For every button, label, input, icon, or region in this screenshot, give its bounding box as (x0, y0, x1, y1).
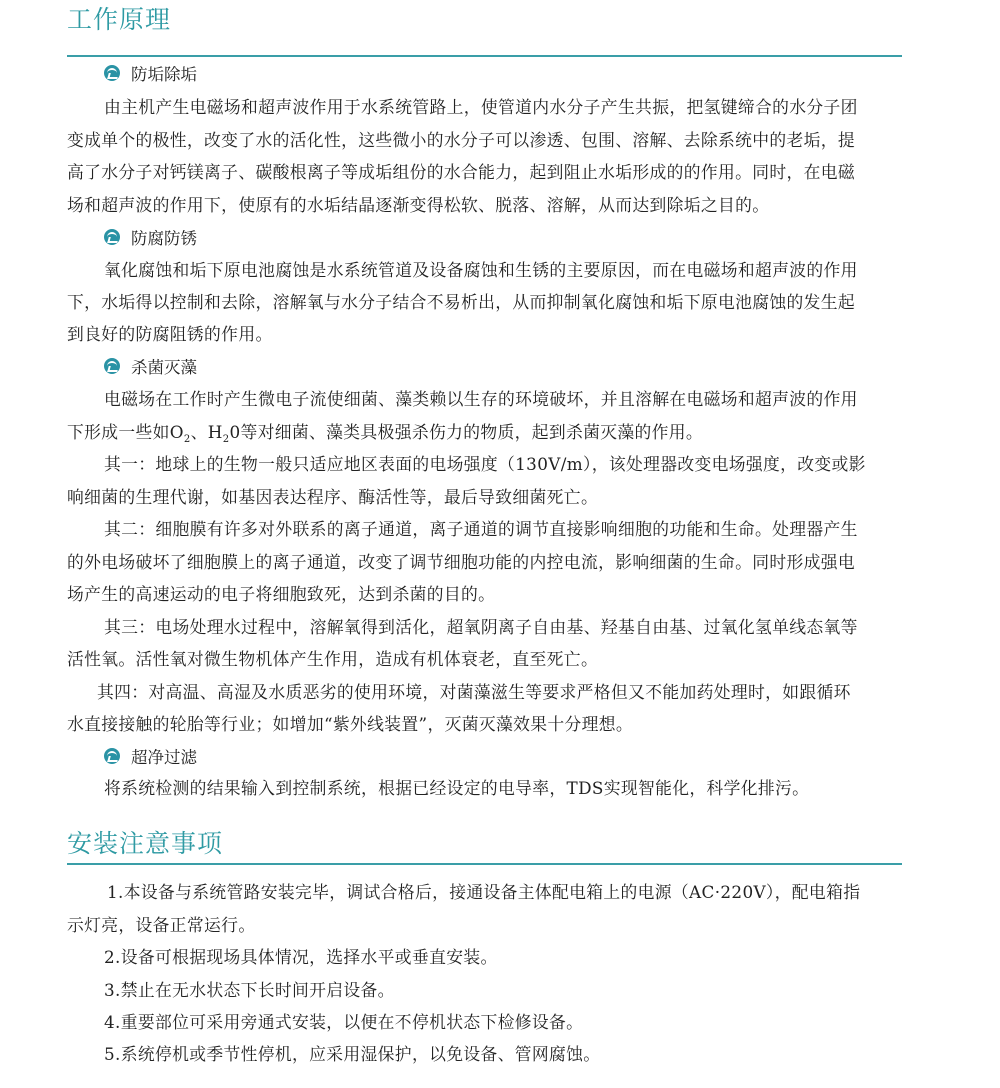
paragraph-line: 由主机产生电磁场和超声波作用于水系统管路上，使管道内水分子产生共振，把氢键缔合的… (67, 94, 964, 120)
chem-prefix: 下形成一些如O (67, 422, 184, 442)
paragraph-line-chemical: 下形成一些如O2、H20等对细菌、藻类具极强杀伤力的物质，起到杀菌灭藻的作用。 (67, 419, 927, 453)
paragraph-line: 将系统检测的结果输入到控制系统，根据已经设定的电导率，TDS实现智能化，科学化排… (67, 775, 964, 801)
paragraph-line: 响细菌的生理代谢，如基因表达程序、酶活性等，最后导致细菌死亡。 (67, 484, 927, 510)
list-item: 4.重要部位可采用旁通式安装，以便在不停机状态下检修设备。 (67, 1009, 964, 1035)
list-item: 2.设备可根据现场具体情况，选择水平或垂直安装。 (67, 944, 964, 970)
chem-subscript: 2 (184, 434, 191, 445)
paragraph-line: 水直接接触的轮胎等行业；如增加“紫外线装置”，灭菌灭藻效果十分理想。 (67, 711, 927, 737)
teal-circle-logo-icon (104, 65, 120, 81)
section-divider (67, 55, 902, 57)
paragraph-line: 其四：对高温、高湿及水质恶劣的使用环境，对菌藻滋生等要求严格但又不能加药处理时，… (67, 679, 957, 705)
subheading-descaling: 防垢除垢 (104, 60, 197, 86)
section-divider (67, 863, 902, 865)
paragraph-line: 其一：地球上的生物一般只适应地区表面的电场强度（130V/m），该处理器改变电场… (67, 451, 964, 477)
paragraph-line: 下，水垢得以控制和去除，溶解氧与水分子结合不易析出，从而抑制氧化腐蚀和垢下原电池… (67, 289, 927, 315)
paragraph-line: 变成单个的极性，改变了水的活化性，这些微小的水分子可以渗透、包围、溶解、去除系统… (67, 127, 927, 153)
paragraph-line: 的外电场破坏了细胞膜上的离子通道，改变了调节细胞功能的内控电流，影响细菌的生命。… (67, 549, 927, 575)
subheading-label: 超净过滤 (131, 744, 197, 768)
paragraph-line: 到良好的防腐阻锈的作用。 (67, 321, 927, 347)
paragraph-line: 活性氧。活性氧对微生物机体产生作用，造成有机体衰老，直至死亡。 (67, 646, 927, 672)
paragraph-line: 高了水分子对钙镁离子、碳酸根离子等成垢组份的水合能力，起到阻止水垢形成的的作用。… (67, 159, 927, 185)
list-item-continuation: 示灯亮，设备正常运行。 (67, 912, 927, 938)
subheading-label: 防腐防锈 (131, 225, 197, 249)
paragraph-line: 场产生的高速运动的电子将细胞致死，达到杀菌的目的。 (67, 581, 927, 607)
chem-after: 0等 (229, 422, 257, 442)
paragraph-line: 氧化腐蚀和垢下原电池腐蚀是水系统管道及设备腐蚀和生锈的主要原因，而在电磁场和超声… (67, 257, 964, 283)
subheading-label: 防垢除垢 (131, 61, 197, 85)
teal-circle-logo-icon (104, 748, 120, 764)
subheading-label: 杀菌灭藻 (131, 354, 197, 378)
paragraph-line: 其三：电场处理水过程中，溶解氧得到活化，超氧阴离子自由基、羟基自由基、过氧化氢单… (67, 614, 964, 640)
list-item: 1.本设备与系统管路安装完毕，调试合格后，接通设备主体配电箱上的电源（AC·22… (67, 879, 967, 905)
chem-mid: 、H (191, 422, 223, 442)
subheading-anticorrosion: 防腐防锈 (104, 224, 197, 250)
paragraph-line: 场和超声波的作用下，使原有的水垢结晶逐渐变得松软、脱落、溶解，从而达到除垢之目的… (67, 192, 927, 218)
section-title-working-principle: 工作原理 (67, 5, 171, 35)
list-item: 3.禁止在无水状态下长时间开启设备。 (67, 977, 964, 1003)
section-title-installation-notes: 安装注意事项 (67, 829, 223, 859)
paragraph-line: 电磁场在工作时产生微电子流使细菌、藻类赖以生存的环境破坏，并且溶解在电磁场和超声… (67, 386, 964, 412)
teal-circle-logo-icon (104, 229, 120, 245)
subheading-ultra-filtration: 超净过滤 (104, 743, 197, 769)
list-item: 5.系统停机或季节性停机，应采用湿保护，以免设备、管网腐蚀。 (67, 1041, 964, 1067)
subheading-sterilization: 杀菌灭藻 (104, 353, 197, 379)
paragraph-line: 其二：细胞膜有许多对外联系的离子通道，离子通道的调节直接影响细胞的功能和生命。处… (67, 516, 964, 542)
teal-circle-logo-icon (104, 358, 120, 374)
chem-rest: 对细菌、藻类具极强杀伤力的物质，起到杀菌灭藻的作用。 (258, 422, 703, 442)
